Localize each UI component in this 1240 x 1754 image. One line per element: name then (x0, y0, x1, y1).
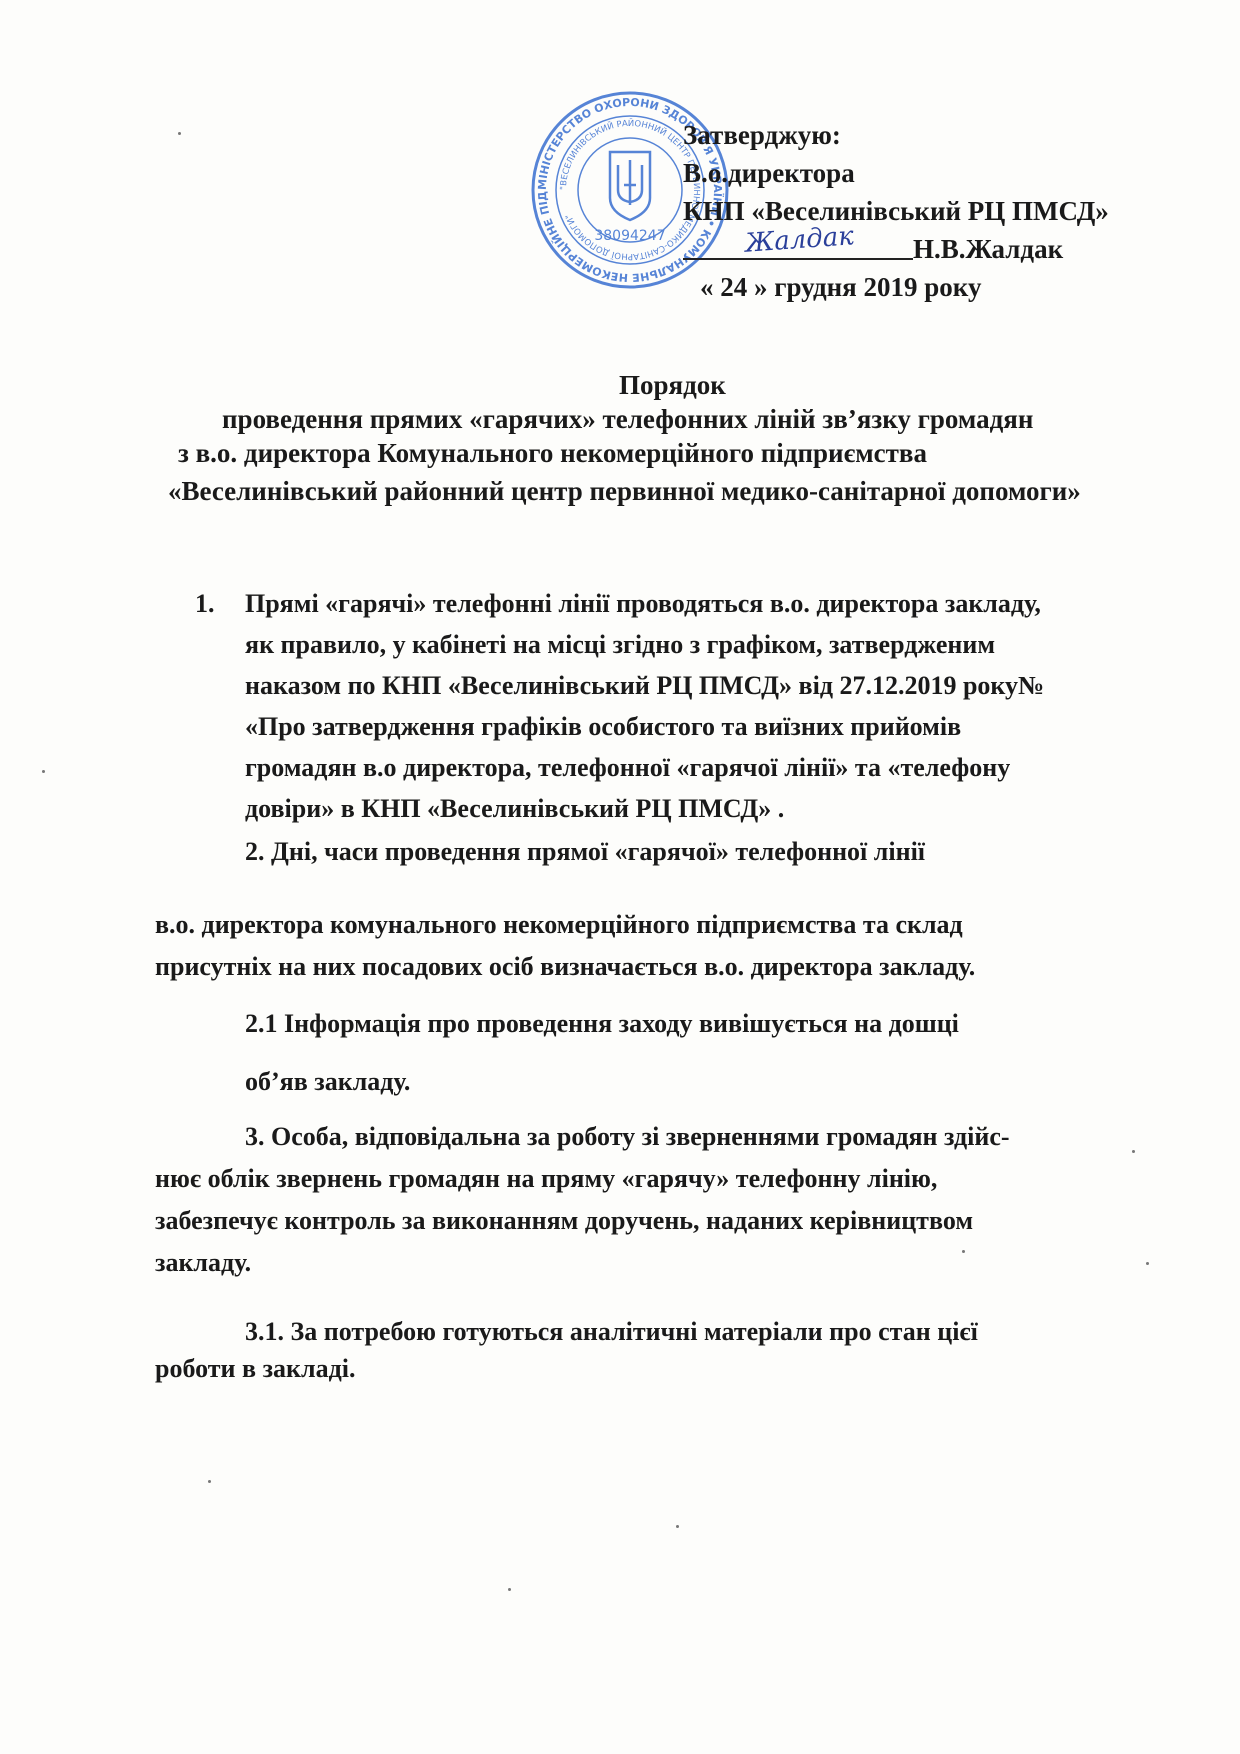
scan-speck (208, 1480, 211, 1483)
document-subtitle-line-1: проведення прямих «гарячих» телефонних л… (222, 402, 1033, 436)
approval-label: Затверджую: (683, 118, 841, 153)
section-2-line-2: в.о. директора комунального некомерційно… (155, 906, 963, 944)
section-1-line: наказом по КНП «Веселинівський РЦ ПМСД» … (245, 667, 1044, 705)
svg-text:38094247: 38094247 (594, 228, 665, 244)
document-subtitle-line-2: з в.о. директора Комунального некомерцій… (178, 436, 927, 470)
approval-date: « 24 » грудня 2019 року (700, 270, 981, 305)
section-3-line-3: забезпечує контроль за виконанням доруче… (155, 1202, 973, 1240)
section-1-line: довіри» в КНП «Веселинівський РЦ ПМСД» . (245, 790, 784, 828)
section-2-line-1: 2. Дні, часи проведення прямої «гарячої»… (245, 833, 925, 871)
scan-speck (962, 1250, 965, 1253)
signature-line (683, 258, 913, 260)
document-subtitle-line-3: «Веселинівський районний центр первинної… (168, 474, 1081, 508)
section-3-1-line-1: 3.1. За потребою готуються аналітичні ма… (245, 1313, 978, 1351)
scan-speck (676, 1525, 679, 1528)
approval-signatory: Н.В.Жалдак (913, 232, 1063, 267)
section-3-line-1: 3. Особа, відповідальна за роботу зі зве… (245, 1118, 1010, 1156)
section-2-1-line-2: об’яв закладу. (245, 1063, 410, 1101)
document-heading: Порядок (619, 368, 726, 402)
approval-position: В.о.директора (683, 156, 855, 191)
section-2-1-line-1: 2.1 Інформація про проведення заходу вив… (245, 1005, 959, 1043)
section-1-line: «Про затвердження графіків особистого та… (245, 708, 961, 746)
scan-speck (42, 770, 45, 773)
section-3-line-2: нює облік звернень громадян на пряму «га… (155, 1160, 937, 1198)
document-page: МІНІСТЕРСТВО ОХОРОНИ ЗДОРОВ'Я УКРАЇНИ • … (0, 0, 1240, 1754)
section-1-line: громадян в.о директора, телефонної «гаря… (245, 749, 1010, 787)
section-1-line: Прямі «гарячі» телефонні лінії проводять… (245, 585, 1041, 623)
section-3-line-4: закладу. (155, 1244, 251, 1282)
section-1-number: 1. (195, 585, 215, 623)
scan-speck (178, 132, 181, 135)
handwritten-signature: Жалдак (744, 221, 855, 259)
section-2-line-3: присутніх на них посадових осіб визначає… (155, 948, 975, 986)
scan-speck (1146, 1262, 1149, 1265)
scan-speck (1132, 1150, 1135, 1153)
scan-speck (508, 1588, 511, 1591)
section-3-1-line-2: роботи в закладі. (155, 1350, 355, 1388)
approval-organization: КНП «Веселинівський РЦ ПМСД» (683, 194, 1109, 229)
section-1-line: як правило, у кабінеті на місці згідно з… (245, 626, 995, 664)
